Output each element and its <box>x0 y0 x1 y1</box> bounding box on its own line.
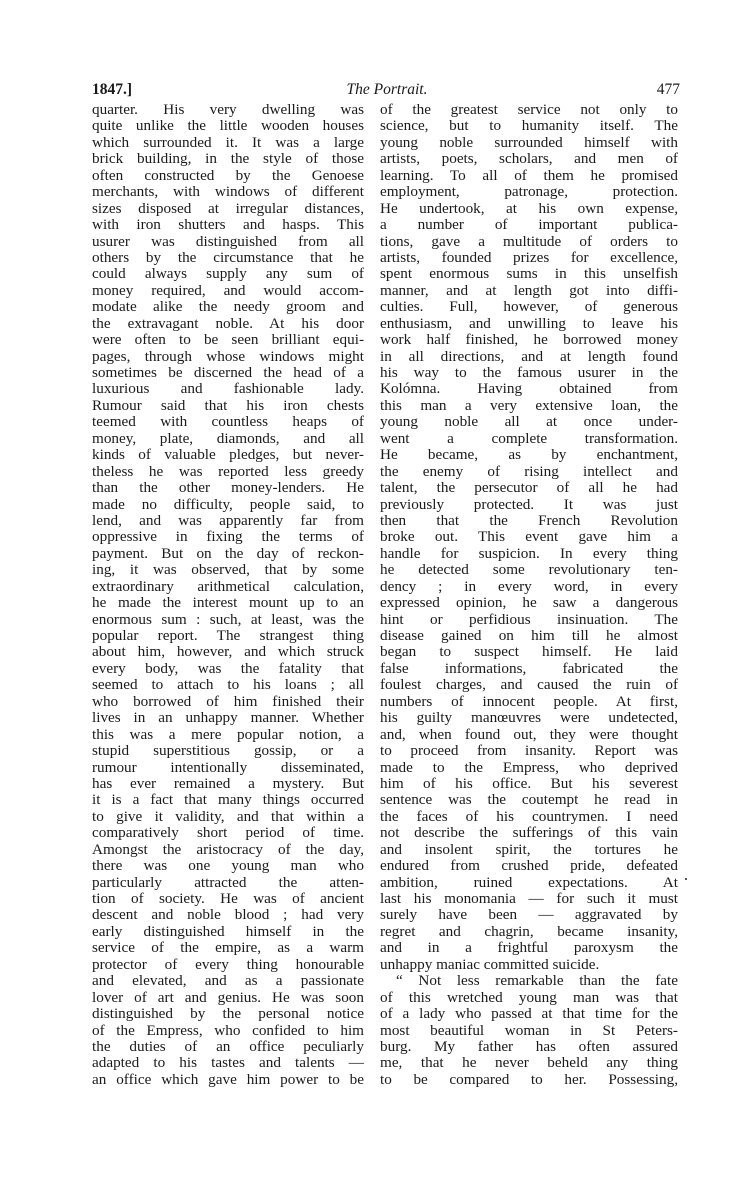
text-line: Rumour said that his iron chests <box>92 398 364 414</box>
text-line: surely have been — aggravated by <box>380 907 678 923</box>
text-line: who borrowed of him finished their <box>92 694 364 710</box>
text-line: could always supply any sum of <box>92 266 364 282</box>
text-line: work half finished, he borrowed money <box>380 332 678 348</box>
text-line: previously protected. It was just <box>380 497 678 513</box>
text-line: enormous sum : such, at least, was the <box>92 612 364 628</box>
text-line: last his monomania — for such it must <box>380 891 678 907</box>
text-line: of this wretched young man was that <box>380 990 678 1006</box>
text-line: me, that he never beheld any thing <box>380 1055 678 1071</box>
running-head: 1847.] The Portrait. 477 <box>92 80 682 100</box>
text-line: employment, patronage, protection. <box>380 184 678 200</box>
text-line: expressed opinion, he saw a dangerous <box>380 595 678 611</box>
text-line: there was one young man who <box>92 858 364 874</box>
text-line: a number of important publica- <box>380 217 678 233</box>
text-line: talent, the persecutor of all he had <box>380 480 678 496</box>
text-line: made no difficulty, people said, to <box>92 497 364 513</box>
text-line: learning. To all of them he promised <box>380 168 678 184</box>
text-line: young noble all at once under- <box>380 414 678 430</box>
text-line: oppressive in fixing the terms of <box>92 529 364 545</box>
text-line: has ever remained a mystery. But <box>92 776 364 792</box>
text-line: broke out. This event gave him a <box>380 529 678 545</box>
text-line: hint or perfidious insinuation. The <box>380 612 678 628</box>
text-line: him of his office. But his severest <box>380 776 678 792</box>
text-line: kinds of valuable pledges, but never- <box>92 447 364 463</box>
text-line: science, but to humanity itself. The <box>380 118 678 134</box>
text-line: Amongst the aristocracy of the day, <box>92 842 364 858</box>
text-line: not describe the sufferings of this vain <box>380 825 678 841</box>
text-line: money required, and would accom- <box>92 283 364 299</box>
text-line: extraordinary arithmetical calculation, <box>92 579 364 595</box>
text-line: spent enormous sums in this unselfish <box>380 266 678 282</box>
text-line: burg. My father has often assured <box>380 1039 678 1055</box>
text-line: money, plate, diamonds, and all <box>92 431 364 447</box>
text-line: lover of art and genius. He was soon <box>92 990 364 1006</box>
text-line: pages, through whose windows might <box>92 349 364 365</box>
text-line: began to suspect himself. He laid <box>380 644 678 660</box>
text-line: quite unlike the little wooden houses <box>92 118 364 134</box>
running-head-title: The Portrait. <box>92 80 682 100</box>
text-line: and insolent spirit, the tortures he <box>380 842 678 858</box>
text-line: protector of every thing honourable <box>92 957 364 973</box>
text-line: his guilty manœuvres were undetected, <box>380 710 678 726</box>
text-line: teemed with countless heaps of <box>92 414 364 430</box>
text-line: in all directions, and at length found <box>380 349 678 365</box>
text-line: then that the French Revolution <box>380 513 678 529</box>
text-line: of the Empress, who confided to him <box>92 1023 364 1039</box>
text-line: usurer was distinguished from all <box>92 234 364 250</box>
text-line: sentence was the coutempt he read in <box>380 792 678 808</box>
text-line: it is a fact that many things occurred <box>92 792 364 808</box>
text-line: service of the empire, as a warm <box>92 940 364 956</box>
text-line: false informations, fabricated the <box>380 661 678 677</box>
text-line: merchants, with windows of different <box>92 184 364 200</box>
text-line: with iron shutters and hasps. This <box>92 217 364 233</box>
text-line: others by the circumstance that he <box>92 250 364 266</box>
text-line: brick building, in the style of those <box>92 151 364 167</box>
text-line: handle for suspicion. In every thing <box>380 546 678 562</box>
text-line: endured from crushed pride, defeated <box>380 858 678 874</box>
text-line: dency ; in every word, in every <box>380 579 678 595</box>
text-line: descent and noble blood ; had very <box>92 907 364 923</box>
text-line: to proceed from insanity. Report was <box>380 743 678 759</box>
text-line: luxurious and fashionable lady. <box>92 381 364 397</box>
text-line: and, when found out, they were thought <box>380 727 678 743</box>
text-line: every body, was the fatality that <box>92 661 364 677</box>
text-line: ing, it was observed, that by some <box>92 562 364 578</box>
text-line: to be compared to her. Possessing, <box>380 1072 678 1088</box>
text-line: He undertook, at his own expense, <box>380 201 678 217</box>
text-line: numbers of innocent people. At first, <box>380 694 678 710</box>
text-line: he detected some revolutionary ten- <box>380 562 678 578</box>
text-line: culties. Full, however, of generous <box>380 299 678 315</box>
text-line: tion of society. He was of ancient <box>92 891 364 907</box>
text-line: about him, however, and which struck <box>92 644 364 660</box>
text-line: distinguished by the personal notice <box>92 1006 364 1022</box>
text-line: unhappy maniac committed suicide. <box>380 957 678 973</box>
text-line: foulest charges, and caused the ruin of <box>380 677 678 693</box>
text-line: were often to be seen brilliant equi- <box>92 332 364 348</box>
text-line: sizes disposed at irregular distances, <box>92 201 364 217</box>
text-line: payment. But on the day of reckon- <box>92 546 364 562</box>
text-line: particularly attracted the atten- <box>92 875 364 891</box>
text-line: lend, and was apparently far from <box>92 513 364 529</box>
text-line: the duties of an office peculiarly <box>92 1039 364 1055</box>
text-line: an office which gave him power to be <box>92 1072 364 1088</box>
text-line: the enemy of rising intellect and <box>380 464 678 480</box>
text-line: manner, and at length got into diffi- <box>380 283 678 299</box>
text-line: tions, gave a multitude of orders to <box>380 234 678 250</box>
text-line: quarter. His very dwelling was <box>92 102 364 118</box>
text-line: this was a mere popular notion, a <box>92 727 364 743</box>
page-number: 477 <box>657 80 680 100</box>
book-page: 1847.] The Portrait. 477 quarter. His ve… <box>92 80 682 102</box>
text-line: of a lady who passed at that time for th… <box>380 1006 678 1022</box>
text-line: Kolómna. Having obtained from <box>380 381 678 397</box>
text-line: the faces of his countrymen. I need <box>380 809 678 825</box>
text-line: of the greatest service not only to <box>380 102 678 118</box>
text-line: which surrounded it. It was a large <box>92 135 364 151</box>
text-line: young noble surrounded himself with <box>380 135 678 151</box>
text-line: most beautiful woman in St Peters- <box>380 1023 678 1039</box>
text-line: the extravagant noble. At his door <box>92 316 364 332</box>
text-line: and in a frightful paroxysm the <box>380 940 678 956</box>
text-line: regret and chagrin, became insanity, <box>380 924 678 940</box>
text-line: rumour intentionally disseminated, <box>92 760 364 776</box>
text-line: this man a very extensive loan, the <box>380 398 678 414</box>
text-line: popular report. The strangest thing <box>92 628 364 644</box>
text-line: and elevated, and as a passionate <box>92 973 364 989</box>
text-line: his way to the famous usurer in the <box>380 365 678 381</box>
text-line: adapted to his tastes and talents — <box>92 1055 364 1071</box>
text-line: early distinguished himself in the <box>92 924 364 940</box>
text-line: than the other money-lenders. He <box>92 480 364 496</box>
text-line: artists, poets, scholars, and men of <box>380 151 678 167</box>
right-column: of the greatest service not only toscien… <box>380 102 678 1088</box>
text-line: lives in an unhappy manner. Whether <box>92 710 364 726</box>
text-line: modate alike the needy groom and <box>92 299 364 315</box>
left-column: quarter. His very dwelling wasquite unli… <box>92 102 364 1088</box>
text-line: sometimes be discerned the head of a <box>92 365 364 381</box>
margin-speck <box>685 878 687 880</box>
text-line: often constructed by the Genoese <box>92 168 364 184</box>
text-line: theless he was reported less greedy <box>92 464 364 480</box>
text-line: artists, founded prizes for excellence, <box>380 250 678 266</box>
text-line: made to the Empress, who deprived <box>380 760 678 776</box>
text-line: “ Not less remarkable than the fate <box>380 973 678 989</box>
text-line: disease gained on him till he almost <box>380 628 678 644</box>
text-line: ambition, ruined expectations. At <box>380 875 678 891</box>
text-line: he made the interest mount up to an <box>92 595 364 611</box>
text-line: enthusiasm, and unwilling to leave his <box>380 316 678 332</box>
text-line: to give it validity, and that within a <box>92 809 364 825</box>
text-line: stupid superstitious gossip, or a <box>92 743 364 759</box>
text-line: went a complete transformation. <box>380 431 678 447</box>
text-line: seemed to attach to his loans ; all <box>92 677 364 693</box>
text-line: comparatively short period of time. <box>92 825 364 841</box>
text-line: He became, as by enchantment, <box>380 447 678 463</box>
